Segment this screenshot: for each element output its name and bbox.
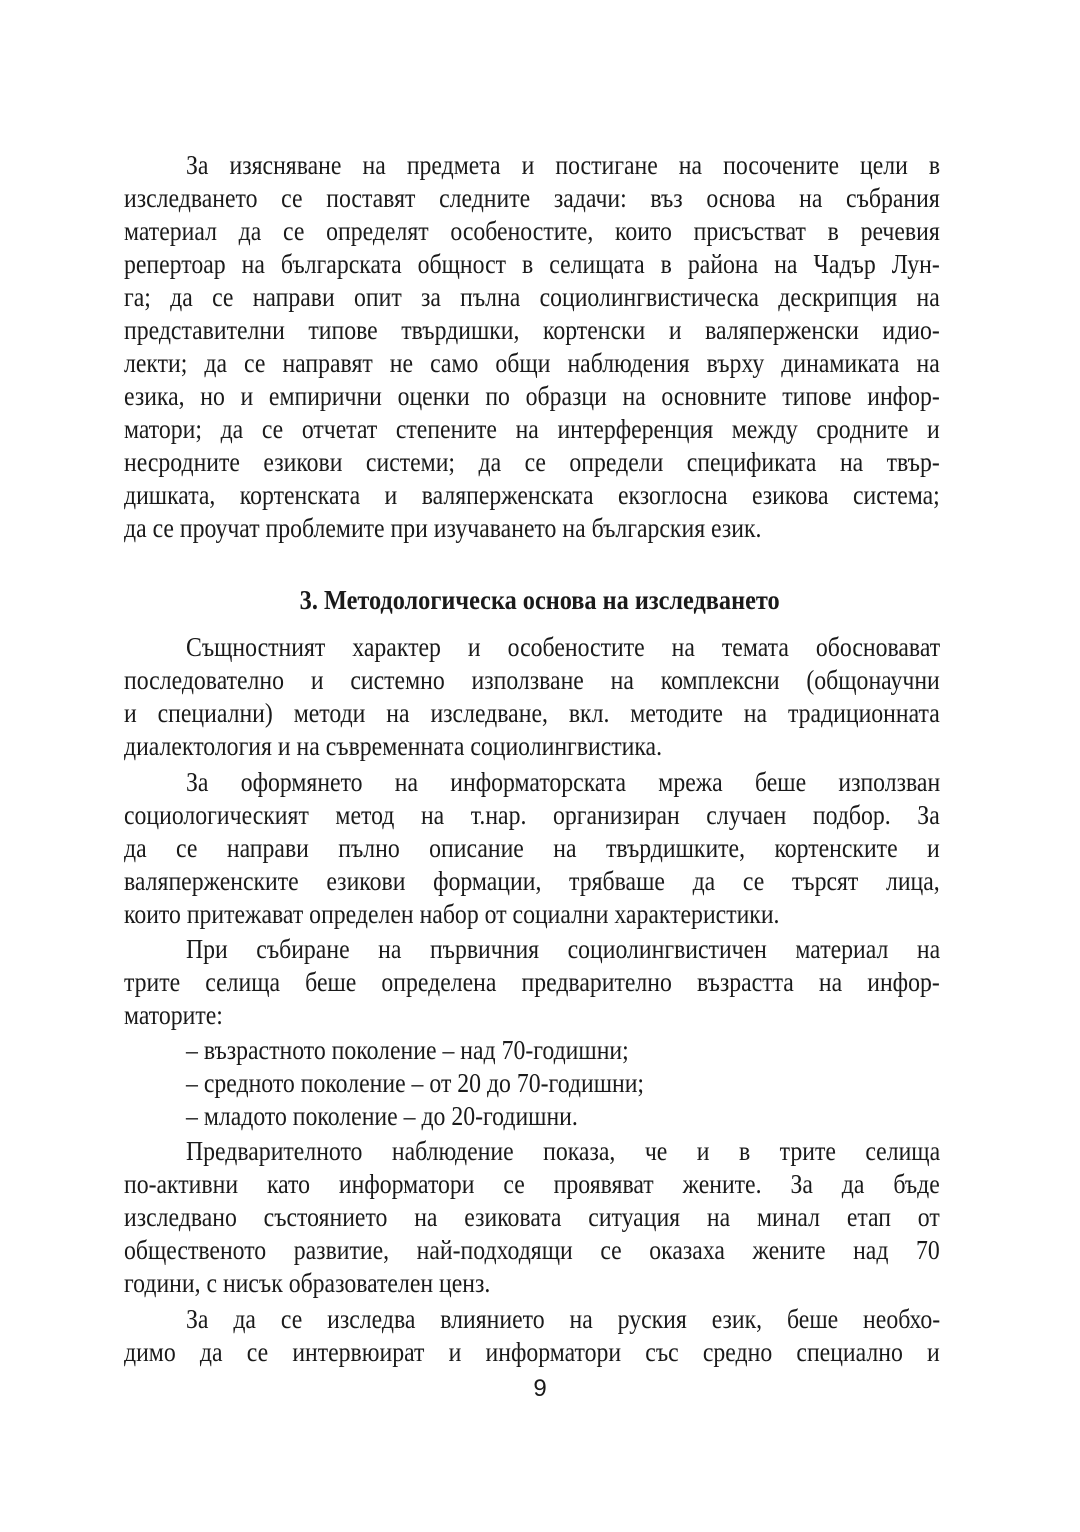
text-line: дишката, кортенската и валяперженската е… bbox=[124, 479, 940, 512]
text-line: диалектология и на съвременната социолин… bbox=[124, 730, 940, 763]
text-line: Предварителното наблюдение показа, че и … bbox=[186, 1135, 940, 1168]
text-line: общественото развитие, най-подходящи се … bbox=[124, 1234, 940, 1267]
text-line: да се проучат проблемите при изучаването… bbox=[124, 512, 940, 545]
text-line: езика, но и емпирични оценки по образци … bbox=[124, 380, 940, 413]
text-line: по-активни като информатори се проявяват… bbox=[124, 1168, 940, 1201]
text-line: да се направи пълно описание на твърдишк… bbox=[124, 832, 940, 865]
text-line: лекти; да се направят не само общи наблю… bbox=[124, 347, 940, 380]
text-line: представителни типове твърдишки, кортенс… bbox=[124, 314, 940, 347]
text-line: За оформянето на информаторската мрежа б… bbox=[186, 766, 940, 799]
text-line: трите селища беше определена предварител… bbox=[124, 966, 940, 999]
text-line: изследвано състоянието на езиковата ситу… bbox=[124, 1201, 940, 1234]
list-item: – възрастното поколение – над 70-годишни… bbox=[186, 1034, 786, 1067]
list-item: – младото поколение – до 20-годишни. bbox=[186, 1100, 786, 1133]
text-line: димо да се интервюират и информатори със… bbox=[124, 1336, 940, 1369]
page-number: 9 bbox=[0, 1374, 1080, 1404]
text-line: несродните езикови системи; да се опреде… bbox=[124, 446, 940, 479]
text-line: За изясняване на предмета и постигане на… bbox=[186, 149, 940, 182]
text-line: га; да се направи опит за пълна социолин… bbox=[124, 281, 940, 314]
text-line: валяперженските езикови формации, трябва… bbox=[124, 865, 940, 898]
text-line: изследването се поставят следните задачи… bbox=[124, 182, 940, 215]
text-line: материал да се определят особеностите, к… bbox=[124, 215, 940, 248]
list-item: – средното поколение – от 20 до 70-годиш… bbox=[186, 1067, 786, 1100]
text-line: репертоар на българската общност в селищ… bbox=[124, 248, 940, 281]
text-line: При събиране на първичния социолингвисти… bbox=[186, 933, 940, 966]
text-line: маторите: bbox=[124, 999, 940, 1032]
text-line: Същностният характер и особеностите на т… bbox=[186, 631, 940, 664]
text-line: години, с нисък образователен ценз. bbox=[124, 1267, 940, 1300]
text-line: За да се изследва влиянието на руския ез… bbox=[186, 1303, 940, 1336]
section-heading: 3. Методологическа основа на изследванет… bbox=[0, 584, 1080, 617]
text-line: социологическият метод на т.нар. организ… bbox=[124, 799, 940, 832]
text-line: и специални) методи на изследване, вкл. … bbox=[124, 697, 940, 730]
text-line: които притежават определен набор от соци… bbox=[124, 898, 940, 931]
text-line: матори; да се отчетат степените на интер… bbox=[124, 413, 940, 446]
text-line: последователно и системно използване на … bbox=[124, 664, 940, 697]
document-page: За изясняване на предмета и постигане на… bbox=[0, 0, 1080, 1532]
